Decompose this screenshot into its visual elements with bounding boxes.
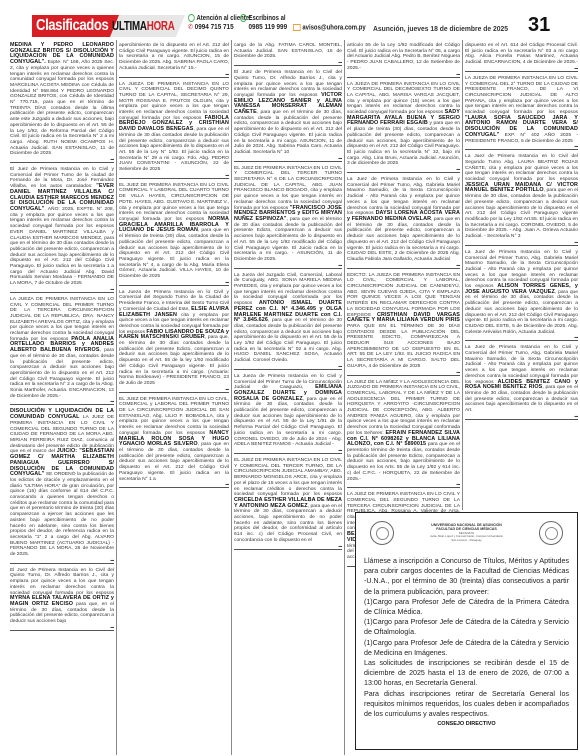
ad-paragraph: (1)Cargo para Profesor Jefe de Cátedra d… <box>364 617 569 637</box>
notice-text: , para que en el término de 30 días, con… <box>119 442 229 481</box>
email-link[interactable]: avisos@uhora.com.py <box>302 24 365 31</box>
write-us-phone: 0985 119 999 <box>249 22 288 31</box>
notice-text: SE ORDENÓ la publicación de los edictos … <box>10 472 114 557</box>
mail-icon <box>293 24 301 31</box>
university-seal-icon <box>370 521 394 545</box>
write-us-contact: Escríbinos al 0985 119 999 <box>240 14 287 32</box>
ad-header: UNIVERSIDAD NACIONAL DE ASUNCIÓN FACULTA… <box>364 519 569 553</box>
notice-code-tag: ▬ <box>119 387 229 391</box>
ad-paragraph: Para dichas inscripciones retirar de Sec… <box>364 689 569 720</box>
ad-paragraph: Las solicitudes de inscripciones se reci… <box>364 658 569 689</box>
notice-code-tag: ▬ <box>234 263 342 267</box>
phone-icon: ✆ <box>188 24 193 31</box>
customer-service-phone: 0994 715 715 <box>195 22 234 31</box>
notice-text: cargo de la Abg. FATIMA CAROL MONTIEL, A… <box>234 43 342 59</box>
legal-notice: dispuesto en el Art. 614 del Código Proc… <box>465 41 578 72</box>
notice-text: , para que en el término de 30 días, con… <box>465 290 578 335</box>
legal-notice: EL JUEZ DE PRIMERA INSTANCIA EN LO CIVIL… <box>119 395 229 489</box>
ad-body: Llámese a inscripción a Concurso de Títu… <box>364 556 569 719</box>
notice-code-tag: ▬ <box>465 66 578 70</box>
notice-code-tag: ▬ <box>10 558 114 562</box>
column-5: dispuesto en el Art. 614 del Código Proc… <box>462 40 580 510</box>
notice-text: El Juez de Primera Instancia en lo Civil… <box>10 568 114 596</box>
notice-code-tag: ▬ <box>10 287 114 291</box>
legal-notice: MEDINA Y PEDRO LEONARDO GONZALEZ BRITOS … <box>10 41 114 163</box>
legal-notice: El Juez de Primera Instancia en lo Civil… <box>10 566 114 631</box>
brand-logo-part1: ULTIMA <box>112 18 147 33</box>
notice-text: dispuesto en el Art. 614 del Código Proc… <box>465 43 578 65</box>
notice-code-tag: ▬ <box>119 173 229 177</box>
legal-notice: El Juez de Primera Instancia en lo Civil… <box>10 165 114 293</box>
notice-text: LA JUEZA DE PRIMERA INSTANCIA EN LO CIVI… <box>347 82 460 116</box>
legal-notice: EL JUEZ DE PRIMERA INSTANCIA EN LO CIVIL… <box>234 164 342 269</box>
notice-code-tag: ▬ <box>10 399 114 403</box>
notice-text: apercibimiento de lo dispuesto en el Art… <box>119 43 229 71</box>
legal-notice: La Jueza de Primera Instancia en lo Civi… <box>119 288 229 393</box>
legal-notice: La Juez de Primera Instancia en lo Civil… <box>465 152 578 246</box>
notice-code-tag: ▬ <box>234 60 342 64</box>
notice-text: PARA QUE EN EL TÉRMINO DE 30 DÍAS CONTAD… <box>347 324 460 369</box>
notice-code-tag: ▬ <box>10 625 114 629</box>
legal-notice: La Juez de Primera Instancia en lo Civil… <box>465 343 578 419</box>
notice-code-tag: ▬ <box>465 414 578 418</box>
legal-notice: apercibimiento de lo dispuesto en el Art… <box>119 41 229 78</box>
legal-notice: EL JUEZ DE PRIMERA INSTANCIA EN LO CIVIL… <box>234 456 342 550</box>
notice-code-tag: ▬ <box>234 156 342 160</box>
notice-code-tag: ▬ <box>119 72 229 76</box>
notice-code-tag: ▬ <box>234 544 342 548</box>
notice-text: LA JUEZA DE PRIMERA INSTANCIA EN LO CIVI… <box>465 76 578 115</box>
column-2: apercibimiento de lo dispuesto en el Art… <box>116 40 231 755</box>
notice-code-tag: ▬ <box>347 482 460 486</box>
ad-paragraph: Llámese a inscripción a Concurso de Títu… <box>364 556 569 597</box>
notice-text: , para que en el término de 30 días cont… <box>234 217 342 262</box>
contact-line: San Lorenzo - Paraguay <box>364 539 569 543</box>
legal-notice: LA JUEZ DE LA NIÑEZ Y LA ADOLESCENCIA DE… <box>347 378 460 489</box>
notice-text: , para que en el término de 30 días cont… <box>119 127 229 172</box>
whatsapp-icon <box>188 14 195 22</box>
column-1: MEDINA Y PEDRO LEONARDO GONZALEZ BRITOS … <box>8 40 116 755</box>
notice-text: . AÑO: 2025, EXPTE. N° 208, cita y empla… <box>10 207 114 286</box>
notice-code-tag: ▬ <box>465 240 578 244</box>
whatsapp-icon <box>240 14 247 22</box>
legal-notice: La Juez de Primera Instancia en lo Civil… <box>465 248 578 342</box>
legal-notice: DISOLUCIÓN Y LIQUIDACIÓN DE LA COMUNIDAD… <box>10 407 114 563</box>
notice-text: para que en el perentorio término de tre… <box>347 442 460 481</box>
notice-code-tag: ▬ <box>347 72 460 76</box>
notice-text: y para que en el plazo de treinta (30) d… <box>347 121 460 166</box>
brand-logo-part2: HORA <box>147 18 175 33</box>
notice-text: , para que en el término de treinta (30)… <box>119 228 229 279</box>
notice-text: artículo 55 de la Ley 1/92 modificado de… <box>347 43 460 71</box>
notice-code-tag: ▬ <box>465 144 578 148</box>
write-us-label: Escríbinos al <box>249 15 286 22</box>
legal-notice: cargo de la Abg. FATIMA CAROL MONTIEL, A… <box>234 41 342 66</box>
notice-text: La Juez de Primera Instancia en lo Civil… <box>465 154 578 182</box>
notice-text: , para que en el término de 30 días, con… <box>234 397 342 448</box>
email-contact: avisos@uhora.com.py <box>293 24 366 32</box>
notice-text: Expte. N° 168, Año 2025 Sec. 2, cita y e… <box>10 60 114 156</box>
notice-code-tag: ▬ <box>234 448 342 452</box>
legal-notice: EDICTO: LA JUEZA DE PRIMERA INSTANCIA EN… <box>347 271 460 376</box>
legal-notice: LA JUEZA DE PRIMERA INSTANCIA EN LO CIVI… <box>347 80 460 174</box>
legal-notice: LA JUEZA DE PRIMERA INSTANCIA EN LO CIVI… <box>10 295 114 406</box>
notice-code-tag: ▬ <box>347 370 460 374</box>
legal-notice: LA JUEZA DE PRIMERA INSTANCIA EN LO CIVI… <box>119 80 229 179</box>
notice-text: , para que en el término de 30 días, con… <box>10 348 114 399</box>
dateline: Asunción, jueves 18 de diciembre de 2025 <box>373 24 508 33</box>
notice-code-tag: ▬ <box>10 157 114 161</box>
notice-text: LA JUEZ DE LA NIÑEZ Y LA ADOLESCENCIA DE… <box>347 380 460 436</box>
notice-code-tag: ▬ <box>234 364 342 368</box>
legal-notice: EL JUEZ DE PRIMERA INSTANCIA EN LO CIVIL… <box>119 181 229 286</box>
brand-logo: ULTIMAHORA <box>112 18 175 34</box>
notice-code-tag: ▬ <box>119 482 229 486</box>
legal-notice: La Jueza de Primera Instancia en lo Civi… <box>234 372 342 454</box>
ad-signature: CONSEJO DIRECTIVO <box>364 721 569 727</box>
notice-text: , para que en el término de 30 días, con… <box>234 110 342 155</box>
legal-notice: La Jueza del Juzgado Civil, Comercial, L… <box>234 271 342 370</box>
notice-text: EL JUEZ DE PRIMERA INSTANCIA EN LO CIVIL… <box>234 458 342 497</box>
faculty-seal-icon <box>539 521 563 545</box>
ad-paragraph: (1)Cargo para Profesor Jefe de Cátedra d… <box>364 638 569 658</box>
notice-text: , para que, en término de 30 días contad… <box>119 335 229 386</box>
notice-text: , para que en el término de 30 días, con… <box>465 188 578 239</box>
legal-notice: artículo 55 de la Ley 1/92 modificado de… <box>347 41 460 78</box>
notice-code-tag: ▬ <box>465 335 578 339</box>
ad-paragraph: (1)Cargo para Profesor Jefe de Cátedra d… <box>364 597 569 617</box>
legal-notice: El Juez de Primera Instancia en lo Civil… <box>234 68 342 162</box>
column-3: cargo de la Abg. FATIMA CAROL MONTIEL, A… <box>231 40 344 755</box>
notice-text: , para que en el término de 30 días, con… <box>347 217 460 262</box>
notice-code-tag: ▬ <box>347 263 460 267</box>
notice-text: , para que en el término de 30 días, com… <box>234 504 342 543</box>
page-header: Clasificados ULTIMAHORA Atención al clie… <box>0 0 580 40</box>
page-number: 31 <box>528 14 550 37</box>
legal-notice: LA JUEZA DE PRIMERA INSTANCIA EN LO CIVI… <box>465 74 578 150</box>
notice-text: , para que en el término de 30 días, con… <box>234 318 342 363</box>
notice-code-tag: ▬ <box>347 167 460 171</box>
university-ad: UNIVERSIDAD NACIONAL DE ASUNCIÓN FACULTA… <box>355 512 578 750</box>
notice-code-tag: ▬ <box>119 280 229 284</box>
section-title: Clasificados <box>36 15 108 37</box>
legal-notice: La Juez de Primera Instancia en lo Civil… <box>347 175 460 269</box>
